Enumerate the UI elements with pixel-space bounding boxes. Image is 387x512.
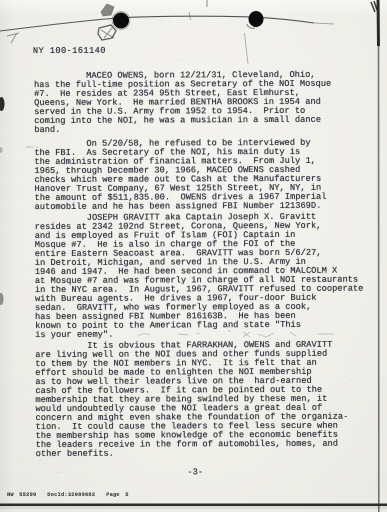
page-number: -3- (2, 467, 387, 478)
paragraph-joseph-gravitt: JOSEPH GRAVITT aka Captain Joseph X. Gra… (35, 213, 364, 340)
typed-text-layer: NY 100-161140 MACEO OWENS, born 12/21/31… (0, 0, 387, 512)
paragraph-owens-finances: On 5/20/58, he refused to be interviewed… (34, 139, 326, 212)
paragraph-leaders-assessment: It is obvious that FARRAKHAN, OWENS and … (35, 341, 348, 459)
paragraph-maceo-owens: MACEO OWENS, born 12/21/31, Cleveland, O… (34, 71, 331, 135)
scanned-page: NY 100-161140 MACEO OWENS, born 12/21/31… (0, 0, 387, 512)
release-footer: NW 55290 DocId:32089682 Page 5 (7, 492, 129, 498)
file-number: NY 100-161140 (33, 47, 106, 56)
